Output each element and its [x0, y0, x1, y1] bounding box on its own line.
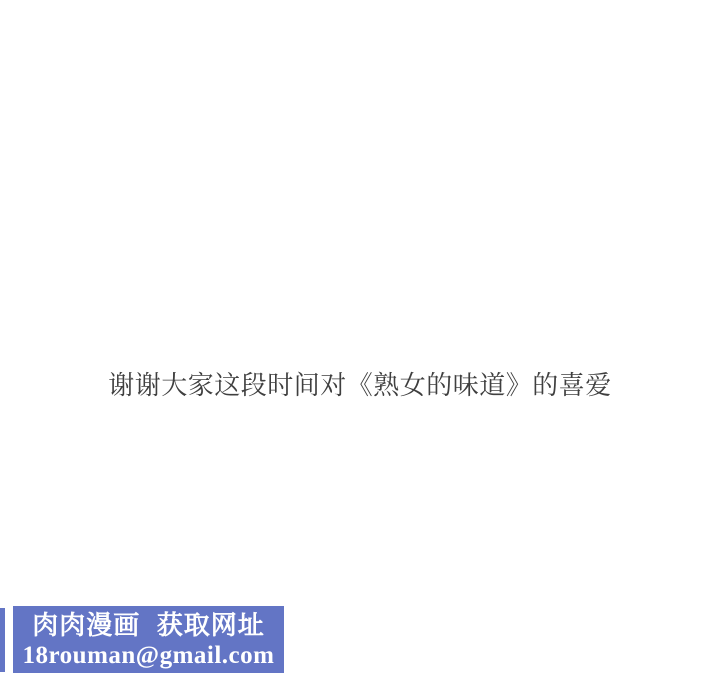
thank-you-text: 谢谢大家这段时间对《熟女的味道》的喜爱 — [0, 370, 720, 400]
watermark-email: 18rouman@gmail.com — [23, 641, 275, 670]
watermark-edge-strip — [0, 608, 5, 672]
watermark-badge: 肉肉漫画 获取网址 18rouman@gmail.com — [13, 606, 284, 673]
watermark-site-name: 肉肉漫画 获取网址 — [32, 609, 264, 641]
comic-page: 谢谢大家这段时间对《熟女的味道》的喜爱 肉肉漫画 获取网址 18rouman@g… — [0, 0, 720, 686]
